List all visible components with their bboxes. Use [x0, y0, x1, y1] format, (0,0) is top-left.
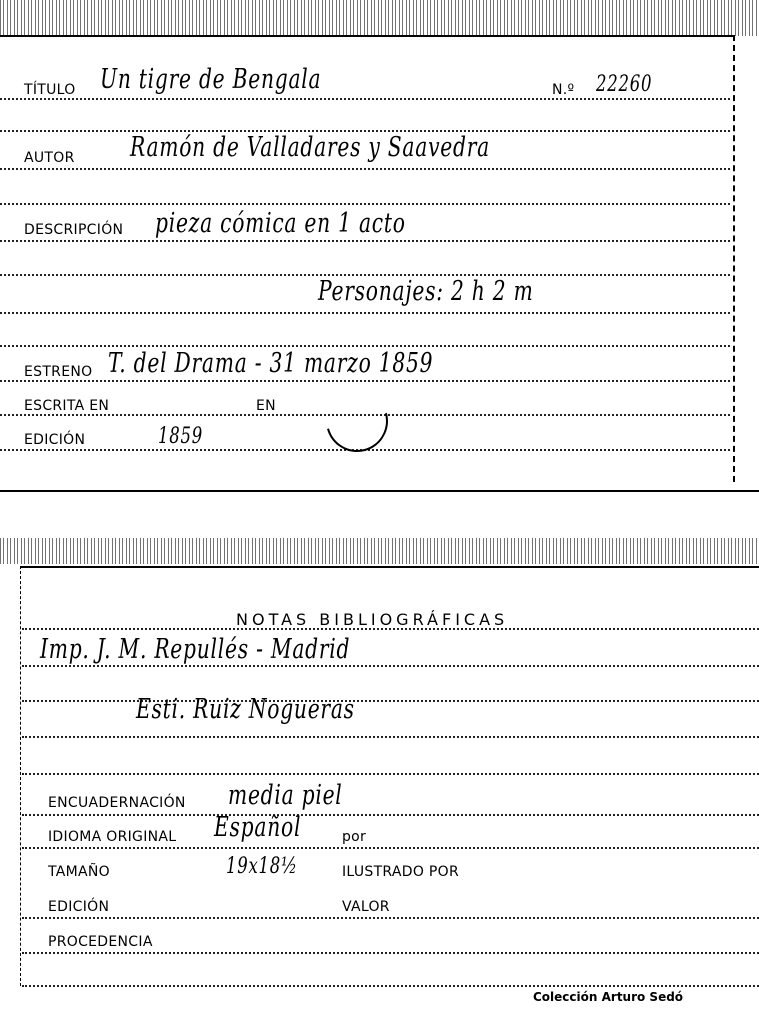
rule-line: [0, 203, 730, 205]
numero-value: 22260: [596, 72, 652, 97]
rule-line: [0, 98, 730, 100]
card-top-border: [0, 35, 735, 37]
encuadernacion-label: ENCUADERNACIÓN: [48, 795, 186, 811]
titulo-value: Un tigre de Bengala: [100, 64, 321, 95]
rule-line: [22, 773, 759, 775]
card-bottom-border: [20, 566, 759, 568]
collection-credit: Colección Arturo Sedó: [533, 990, 683, 1004]
rule-line: [22, 665, 759, 667]
tamano-value: 19x18½: [226, 854, 298, 879]
edicion-value: 1859: [158, 424, 203, 449]
autor-value: Ramón de Valladares y Saavedra: [130, 132, 490, 163]
procedencia-label: PROCEDENCIA: [48, 934, 153, 950]
por-label: por: [342, 829, 366, 845]
rule-line: [0, 240, 730, 242]
rule-line: [22, 736, 759, 738]
en-label: EN: [256, 398, 276, 414]
rule-line: [0, 168, 730, 170]
rule-line: [22, 847, 759, 849]
ilustrado-por-label: ILUSTRADO POR: [342, 864, 459, 880]
rule-line: [22, 952, 759, 954]
card-bottom-left-edge: [20, 566, 21, 986]
rule-line: [22, 985, 759, 987]
valor-label: VALOR: [342, 899, 390, 915]
edicion-bottom-label: EDICIÓN: [48, 899, 109, 915]
rule-line: [22, 814, 759, 816]
note-line-2: Esti. Ruiz Nogueras: [136, 694, 355, 725]
rule-line: [0, 312, 730, 314]
encuadernacion-value: media piel: [228, 780, 343, 811]
card-bottom-texture: [0, 538, 759, 564]
rule-line: [22, 628, 759, 630]
descripcion-value: pieza cómica en 1 acto: [155, 208, 406, 239]
idioma-original-label: IDIOMA ORIGINAL: [48, 829, 176, 845]
rule-line: [0, 380, 730, 382]
note-line-1: Imp. J. M. Repullés - Madrid: [40, 634, 350, 665]
titulo-label: TÍTULO: [24, 82, 76, 98]
estreno-label: ESTRENO: [24, 364, 92, 380]
card-top-bottom-edge: [0, 490, 759, 492]
card-top-texture: [0, 0, 759, 36]
rule-line: [22, 700, 759, 702]
rule-line: [22, 917, 759, 919]
escrita-en-label: ESCRITA EN: [24, 398, 109, 414]
personajes-value: Personajes: 2 h 2 m: [318, 276, 534, 307]
notas-heading: NOTAS BIBLIOGRÁFICAS: [236, 610, 508, 629]
estreno-value: T. del Drama - 31 marzo 1859: [108, 348, 433, 379]
autor-label: AUTOR: [24, 150, 75, 166]
edicion-label: EDICIÓN: [24, 432, 85, 448]
descripcion-label: DESCRIPCIÓN: [24, 222, 123, 238]
rule-line: [0, 345, 730, 347]
idioma-original-value: Español: [214, 812, 301, 843]
card-top-right-edge: [733, 35, 735, 482]
numero-label: N.º: [552, 82, 574, 98]
tamano-label: TAMAÑO: [48, 864, 110, 880]
